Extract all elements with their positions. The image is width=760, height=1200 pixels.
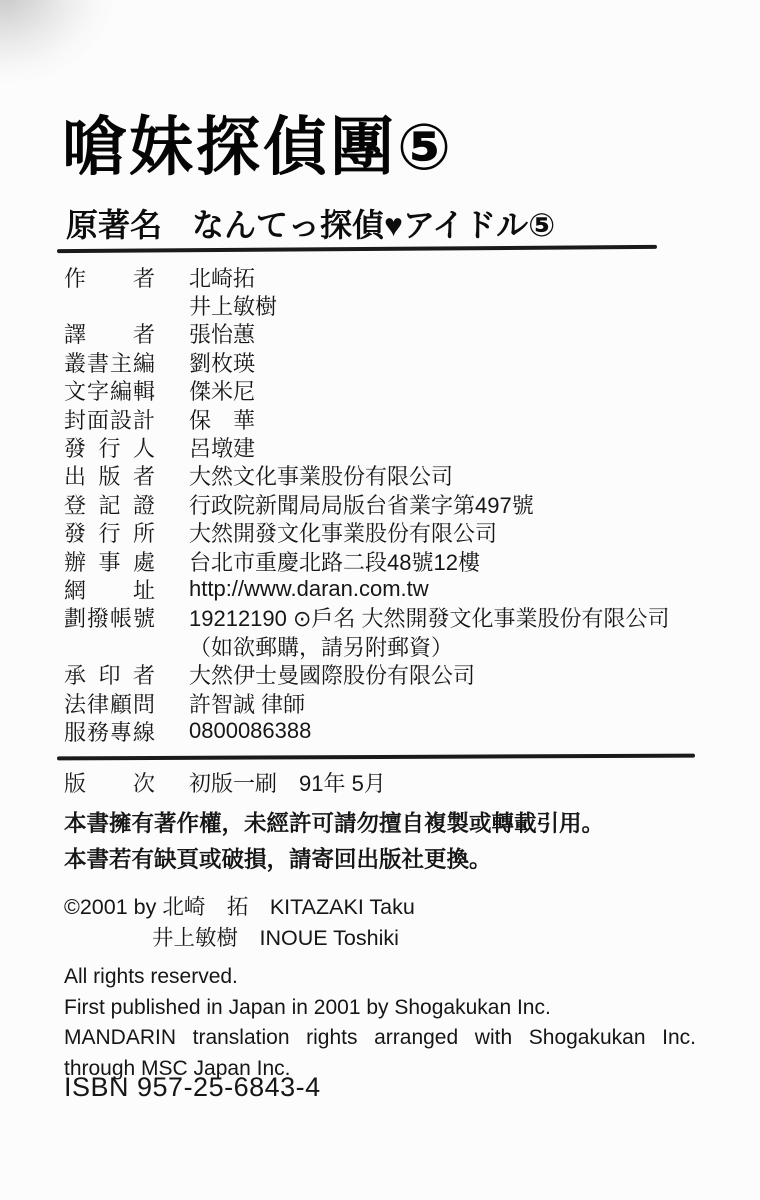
scan-corner-smudge bbox=[0, 0, 112, 82]
colophon-row-registration: 登記證 行政院新聞局局版台省業字第497號 bbox=[64, 490, 670, 518]
copyright-line-author2: 井上敏樹 INOUE Toshiki bbox=[152, 923, 415, 954]
colophon-row-issuer: 發行人 呂墩建 bbox=[64, 433, 670, 461]
colophon-row-translator: 譯者 張怡蕙 bbox=[64, 320, 670, 348]
colophon-value: 大然伊士曼國際股份有限公司 bbox=[189, 659, 475, 690]
colophon-row-service-hotline: 服務專線 0800086388 bbox=[64, 717, 670, 745]
colophon-value: 傑米尼 bbox=[189, 375, 255, 406]
colophon-value: 台北市重慶北路二段48號12樓 bbox=[189, 546, 480, 577]
colophon-label: 版次 bbox=[64, 767, 155, 798]
english-rights-block: All rights reserved. First published in … bbox=[64, 962, 696, 1084]
colophon-row-website: 網址 http://www.daran.com.tw bbox=[64, 575, 670, 603]
colophon-label: 作者 bbox=[64, 262, 155, 293]
colophon-row-distributor: 發行所 大然開發文化事業股份有限公司 bbox=[64, 519, 670, 547]
copyright-line-author1: ©2001 by 北崎 拓 KITAZAKI Taku bbox=[64, 892, 415, 923]
colophon-value: 初版一刷 91年 5月 bbox=[189, 767, 386, 798]
colophon-label: 叢書主編 bbox=[64, 347, 155, 378]
colophon-value: 許智誠 律師 bbox=[189, 688, 305, 719]
mandarin-rights-line: MANDARIN translation rights arranged wit… bbox=[64, 1023, 696, 1054]
first-published-line: First published in Japan in 2001 by Shog… bbox=[64, 993, 696, 1024]
divider-rule-bottom bbox=[57, 754, 695, 761]
colophon-value: 大然開發文化事業股份有限公司 bbox=[189, 517, 497, 548]
colophon-row-legal-advisor: 法律顧問 許智誠 律師 bbox=[64, 689, 670, 717]
colophon-label: 發行人 bbox=[64, 432, 155, 463]
colophon-value: 大然文化事業股份有限公司 bbox=[189, 460, 453, 491]
colophon-value: 0800086388 bbox=[189, 718, 311, 744]
colophon-value: 北崎拓 bbox=[189, 262, 255, 293]
colophon-label: 登記證 bbox=[64, 489, 155, 520]
colophon-page: 嗆妹探偵團⑤ 原著名なんてっ探偵♥アイドル⑤ 作者 北崎拓 井上敏樹 譯者 張怡… bbox=[0, 0, 760, 1200]
colophon-label: 網址 bbox=[64, 574, 155, 605]
copyright-notices: 本書擁有著作權，未經許可請勿擅自複製或轉載引用。 本書若有缺頁或破損，請寄回出版… bbox=[64, 806, 604, 878]
isbn: ISBN 957-25-6843-4 bbox=[64, 1072, 321, 1103]
notice-line-defects: 本書若有缺頁或破損，請寄回出版社更換。 bbox=[64, 842, 604, 878]
colophon-row-author2: 井上敏樹 bbox=[64, 291, 670, 319]
notice-line-copyright: 本書擁有著作權，未經許可請勿擅自複製或轉載引用。 bbox=[64, 806, 604, 842]
colophon-value: 19212190 ⊙戶名 大然開發文化事業股份有限公司 bbox=[189, 602, 670, 633]
colophon-row-edition: 版次 初版一刷 91年 5月 bbox=[64, 768, 386, 796]
original-title: なんてっ探偵♥アイドル⑤ bbox=[192, 207, 555, 243]
original-title-label: 原著名 bbox=[66, 207, 162, 243]
colophon-row-publisher: 出版者 大然文化事業股份有限公司 bbox=[64, 462, 670, 490]
colophon-value: 保 華 bbox=[189, 404, 255, 435]
colophon-value: 行政院新聞局局版台省業字第497號 bbox=[189, 489, 534, 520]
website-url: http://www.daran.com.tw bbox=[189, 576, 429, 602]
colophon-row-text-editor: 文字編輯 傑米尼 bbox=[64, 377, 670, 405]
colophon-row-series-editor: 叢書主編 劉枚瑛 bbox=[64, 348, 670, 376]
divider-rule-top bbox=[57, 245, 657, 253]
colophon-value: 張怡蕙 bbox=[189, 318, 255, 349]
colophon-value: （如欲郵購，請另附郵資） bbox=[189, 631, 453, 662]
colophon-label: 服務專線 bbox=[64, 716, 155, 747]
original-title-row: 原著名なんてっ探偵♥アイドル⑤ bbox=[66, 200, 555, 246]
colophon-value: 井上敏樹 bbox=[189, 290, 277, 321]
colophon-label: 劃撥帳號 bbox=[64, 602, 155, 633]
edition-row: 版次 初版一刷 91年 5月 bbox=[64, 768, 386, 796]
book-title: 嗆妹探偵團⑤ bbox=[62, 96, 454, 188]
colophon-label: 譯者 bbox=[64, 318, 155, 349]
colophon-row-postal-account: 劃撥帳號 19212190 ⊙戶名 大然開發文化事業股份有限公司 bbox=[64, 604, 670, 632]
colophon-value: 劉枚瑛 bbox=[189, 347, 255, 378]
rights-reserved-line: All rights reserved. bbox=[64, 962, 696, 993]
colophon-label: 出版者 bbox=[64, 460, 155, 491]
colophon-label: 辦事處 bbox=[64, 546, 155, 577]
colophon-label: 封面設計 bbox=[64, 404, 155, 435]
colophon-row-printer: 承印者 大然伊士曼國際股份有限公司 bbox=[64, 660, 670, 688]
colophon-label: 法律顧問 bbox=[64, 688, 155, 719]
colophon-value: 呂墩建 bbox=[189, 432, 255, 463]
colophon-row-office: 辦事處 台北市重慶北路二段48號12樓 bbox=[64, 547, 670, 575]
colophon-row-author: 作者 北崎拓 bbox=[64, 263, 670, 291]
colophon-table: 作者 北崎拓 井上敏樹 譯者 張怡蕙 叢書主編 劉枚瑛 文字編輯 傑米尼 封面設… bbox=[64, 263, 670, 746]
colophon-row-postal-note: （如欲郵購，請另附郵資） bbox=[64, 632, 670, 660]
copyright-attribution-block: ©2001 by 北崎 拓 KITAZAKI Taku 井上敏樹 INOUE T… bbox=[64, 892, 415, 954]
colophon-label: 文字編輯 bbox=[64, 375, 155, 406]
colophon-label: 發行所 bbox=[64, 517, 155, 548]
colophon-label: 承印者 bbox=[64, 659, 155, 690]
colophon-row-cover-design: 封面設計 保 華 bbox=[64, 405, 670, 433]
